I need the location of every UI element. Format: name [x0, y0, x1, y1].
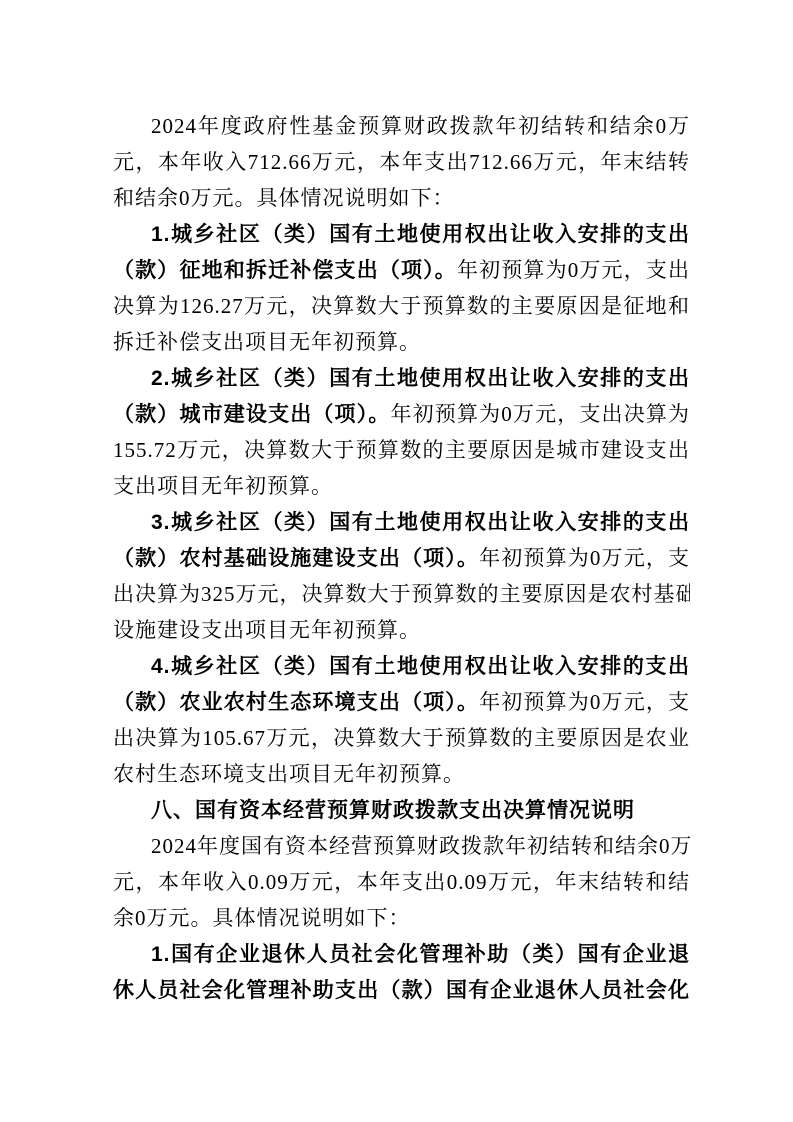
text-line: 拆迁补偿支出项目无年初预算。: [113, 324, 690, 360]
bold-text-run: （款）城市建设支出（项）。: [113, 403, 391, 426]
text-line: （款）城市建设支出（项）。年初预算为0万元，支出决算为: [113, 396, 690, 432]
text-line: 2024年度国有资本经营预算财政拨款年初结转和结余0万: [113, 828, 690, 864]
text-run: 出决算为105.67万元，决算数大于预算数的主要原因是农业: [113, 726, 690, 750]
text-line: 155.72万元，决算数大于预算数的主要原因是城市建设支出: [113, 432, 690, 468]
bold-text-run: 八、国有资本经营预算财政拨款支出决算情况说明: [151, 799, 635, 822]
text-line: 余0万元。具体情况说明如下：: [113, 900, 690, 936]
text-line: 2.城乡社区（类）国有土地使用权出让收入安排的支出: [113, 360, 690, 396]
text-run: 年初预算为0万元，支出: [457, 258, 690, 282]
text-line: （款）农村基础设施建设支出（项）。年初预算为0万元，支: [113, 540, 690, 576]
text-line: 支出项目无年初预算。: [113, 468, 690, 504]
text-run: 农村生态环境支出项目无年初预算。: [113, 762, 465, 786]
text-run: 年初预算为0万元，支出决算为: [391, 402, 691, 426]
text-line: 休人员社会化管理补助支出（款）国有企业退休人员社会化: [113, 972, 690, 1008]
text-line: 元，本年收入712.66万元，本年支出712.66万元，年末结转: [113, 144, 690, 180]
text-run: 2024年度政府性基金预算财政拨款年初结转和结余0万: [151, 114, 690, 138]
text-line: 出决算为105.67万元，决算数大于预算数的主要原因是农业: [113, 720, 690, 756]
text-line: 出决算为325万元，决算数大于预算数的主要原因是农村基础: [113, 576, 690, 612]
text-line: 元，本年收入0.09万元，本年支出0.09万元，年末结转和结: [113, 864, 690, 900]
text-run: 决算为126.27万元，决算数大于预算数的主要原因是征地和: [113, 294, 690, 318]
text-line: （款）农业农村生态环境支出（项）。年初预算为0万元，支: [113, 684, 690, 720]
section-heading: 八、国有资本经营预算财政拨款支出决算情况说明: [113, 792, 690, 828]
text-run: 155.72万元，决算数大于预算数的主要原因是城市建设支出: [113, 438, 690, 462]
bold-text-run: 2.城乡社区（类）国有土地使用权出让收入安排的支出: [151, 367, 690, 390]
bold-text-run: （款）农业农村生态环境支出（项）。: [113, 691, 479, 714]
text-line: 4.城乡社区（类）国有土地使用权出让收入安排的支出: [113, 648, 690, 684]
text-run: 2024年度国有资本经营预算财政拨款年初结转和结余0万: [151, 834, 690, 858]
bold-text-run: 休人员社会化管理补助支出（款）国有企业退休人员社会化: [113, 979, 690, 1002]
text-run: 和结余0万元。具体情况说明如下：: [113, 186, 455, 210]
text-line: 1.国有企业退休人员社会化管理补助（类）国有企业退: [113, 936, 690, 972]
text-line: 农村生态环境支出项目无年初预算。: [113, 756, 690, 792]
text-run: 元，本年收入712.66万元，本年支出712.66万元，年末结转: [113, 150, 690, 174]
text-line: 设施建设支出项目无年初预算。: [113, 612, 690, 648]
text-line: 和结余0万元。具体情况说明如下：: [113, 180, 690, 216]
bold-text-run: （款）征地和拆迁补偿支出（项）。: [113, 259, 457, 282]
document-page: 2024年度政府性基金预算财政拨款年初结转和结余0万元，本年收入712.66万元…: [0, 0, 793, 1122]
text-line: 决算为126.27万元，决算数大于预算数的主要原因是征地和: [113, 288, 690, 324]
bold-text-run: 3.城乡社区（类）国有土地使用权出让收入安排的支出: [151, 511, 690, 534]
text-run: 余0万元。具体情况说明如下：: [113, 906, 411, 930]
text-run: 设施建设支出项目无年初预算。: [113, 618, 421, 642]
bold-text-run: 1.国有企业退休人员社会化管理补助（类）国有企业退: [151, 943, 690, 966]
text-run: 出决算为325万元，决算数大于预算数的主要原因是农村基础: [113, 582, 690, 606]
text-line: 2024年度政府性基金预算财政拨款年初结转和结余0万: [113, 108, 690, 144]
text-line: 3.城乡社区（类）国有土地使用权出让收入安排的支出: [113, 504, 690, 540]
text-run: 支出项目无年初预算。: [113, 474, 333, 498]
text-run: 元，本年收入0.09万元，本年支出0.09万元，年末结转和结: [113, 870, 690, 894]
text-run: 拆迁补偿支出项目无年初预算。: [113, 330, 421, 354]
text-line: （款）征地和拆迁补偿支出（项）。年初预算为0万元，支出: [113, 252, 690, 288]
bold-text-run: 4.城乡社区（类）国有土地使用权出让收入安排的支出: [151, 655, 690, 678]
document-text: 2024年度政府性基金预算财政拨款年初结转和结余0万元，本年收入712.66万元…: [113, 108, 690, 1008]
text-run: 年初预算为0万元，支: [479, 546, 690, 570]
text-line: 1.城乡社区（类）国有土地使用权出让收入安排的支出: [113, 216, 690, 252]
bold-text-run: 1.城乡社区（类）国有土地使用权出让收入安排的支出: [151, 223, 690, 246]
bold-text-run: （款）农村基础设施建设支出（项）。: [113, 547, 479, 570]
text-run: 年初预算为0万元，支: [479, 690, 690, 714]
